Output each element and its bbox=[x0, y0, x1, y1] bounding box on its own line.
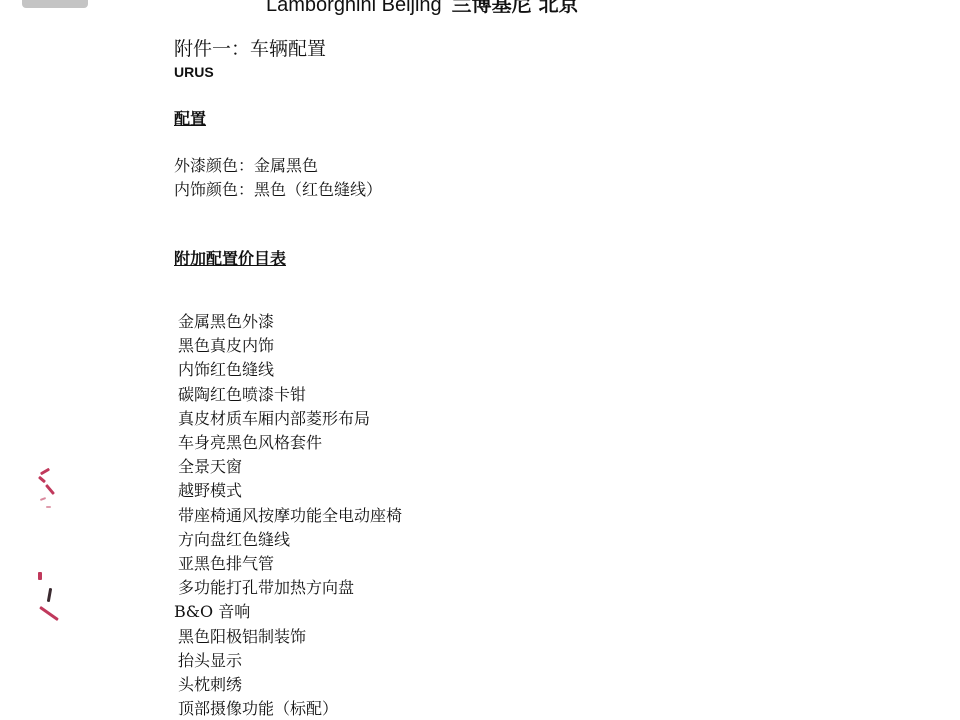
letterhead: Lamborghini Beijing兰博基尼 北京 bbox=[266, 0, 579, 17]
option-item: 多功能打孔带加热方向盘 bbox=[174, 576, 874, 600]
option-item: B&O 音响 bbox=[174, 600, 874, 624]
option-item: 内饰红色缝线 bbox=[174, 358, 874, 382]
option-item: 越野模式 bbox=[174, 479, 874, 503]
margin-stamp-mark-lower bbox=[36, 570, 60, 625]
option-item: 头枕刺绣 bbox=[174, 673, 874, 697]
config-heading: 配置 bbox=[174, 108, 874, 130]
option-item: 方向盘红色缝线 bbox=[174, 528, 874, 552]
options-price-heading: 附加配置价目表 bbox=[174, 248, 874, 270]
vehicle-model: URUS bbox=[174, 62, 874, 82]
option-item: 带座椅通风按摩功能全电动座椅 bbox=[174, 504, 874, 528]
option-item: 黑色阳极铝制装饰 bbox=[174, 625, 874, 649]
letterhead-brand-en: Lamborghini Beijing bbox=[266, 0, 442, 16]
letterhead-brand-cn: 兰博基尼 北京 bbox=[452, 0, 579, 16]
interior-color: 内饰颜色：黑色（红色缝线） bbox=[174, 178, 874, 202]
document-page: 附件一：车辆配置 URUS 配置 外漆颜色：金属黑色 内饰颜色：黑色（红色缝线）… bbox=[174, 36, 874, 720]
option-item: 黑色真皮内饰 bbox=[174, 334, 874, 358]
option-item: 亚黑色排气管 bbox=[174, 552, 874, 576]
option-item: 金属黑色外漆 bbox=[174, 310, 874, 334]
option-item: 顶部摄像功能（标配） bbox=[174, 697, 874, 720]
option-item: 全景天窗 bbox=[174, 455, 874, 479]
margin-stamp-mark-upper bbox=[36, 468, 60, 518]
document-title: 附件一：车辆配置 bbox=[174, 36, 874, 62]
options-list: 金属黑色外漆 黑色真皮内饰 内饰红色缝线 碳陶红色喷漆卡钳 真皮材质车厢内部菱形… bbox=[174, 310, 874, 720]
option-item: 真皮材质车厢内部菱形布局 bbox=[174, 407, 874, 431]
option-item: 车身亮黑色风格套件 bbox=[174, 431, 874, 455]
top-tab-bar bbox=[22, 0, 88, 8]
option-item: 抬头显示 bbox=[174, 649, 874, 673]
exterior-color: 外漆颜色：金属黑色 bbox=[174, 154, 874, 178]
option-item: 碳陶红色喷漆卡钳 bbox=[174, 383, 874, 407]
